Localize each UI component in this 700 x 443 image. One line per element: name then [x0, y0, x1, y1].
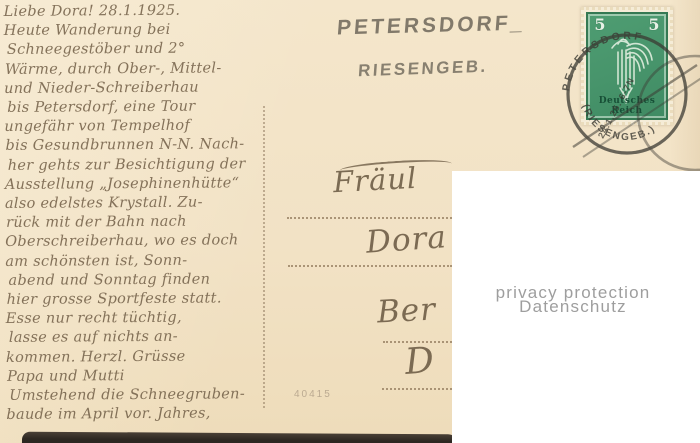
- message-line: Schneegestöber und 2°: [4, 39, 274, 60]
- message-line: am schönsten ist, Sonn-: [5, 251, 275, 272]
- address-line4: D: [404, 340, 437, 383]
- message-line: Ausstellung „Josephinenhütte“: [5, 174, 275, 195]
- address-rule: [288, 265, 452, 267]
- pencil-note-town: PETERSDORF_: [336, 12, 526, 41]
- message-line: baude im April vor. Jahres,: [6, 404, 276, 425]
- privacy-overlay-text: privacy protection Datenschutz: [452, 286, 694, 314]
- message-line: Esse nur recht tüchtig,: [6, 308, 276, 329]
- message-line: Heute Wanderung bei: [4, 20, 274, 41]
- privacy-overlay: privacy protection Datenschutz: [452, 171, 700, 443]
- message-line: hier grosse Sportfeste statt.: [6, 289, 276, 310]
- message-line: abend und Sonntag finden: [5, 270, 275, 291]
- message-line: rück mit der Bahn nach: [5, 212, 275, 233]
- scan-edge-shadow: [22, 432, 458, 443]
- privacy-line-de: Datenschutz: [452, 300, 694, 314]
- message-line: Wärme, durch Ober-, Mittel-: [4, 59, 274, 80]
- message-line: Papa und Mutti: [6, 366, 276, 387]
- message-line: also edelstes Krystall. Zu-: [5, 193, 275, 214]
- message-line: ungefähr von Tempelhof: [4, 116, 274, 137]
- message-line: Umstehend die Schneegruben-: [6, 385, 276, 406]
- postmark-icon: PETERSDORF (RIESENGEB.) 24.1.25. 6-7N: [545, 17, 700, 175]
- pencil-note-region: RIESENGEB.: [357, 57, 488, 82]
- catalog-number: 40415: [294, 389, 332, 400]
- message-line: lasse es auf nichts an-: [6, 328, 276, 349]
- message-line: bis Petersdorf, eine Tour: [4, 97, 274, 118]
- message-line: und Nieder-Schreiberhau: [4, 78, 274, 99]
- postcard-scan: Liebe Dora! 28.1.1925. Heute Wanderung b…: [0, 0, 700, 443]
- address-rule: [382, 388, 452, 390]
- address-name: Dora: [365, 219, 448, 261]
- message-line: bis Gesundbrunnen N-N. Nach-: [4, 135, 274, 156]
- address-salutation: Fräul: [332, 161, 418, 199]
- message-line: Oberschreiberhau, wo es doch: [5, 231, 275, 252]
- message-line: her gehts zur Besichtigung der: [5, 155, 275, 176]
- address-line3: Ber: [376, 291, 437, 330]
- message-line: Liebe Dora! 28.1.1925.: [4, 1, 274, 22]
- address-rule: [287, 217, 452, 219]
- message-line: kommen. Herzl. Grüsse: [6, 347, 276, 368]
- handwritten-message: Liebe Dora! 28.1.1925. Heute Wanderung b…: [4, 1, 277, 425]
